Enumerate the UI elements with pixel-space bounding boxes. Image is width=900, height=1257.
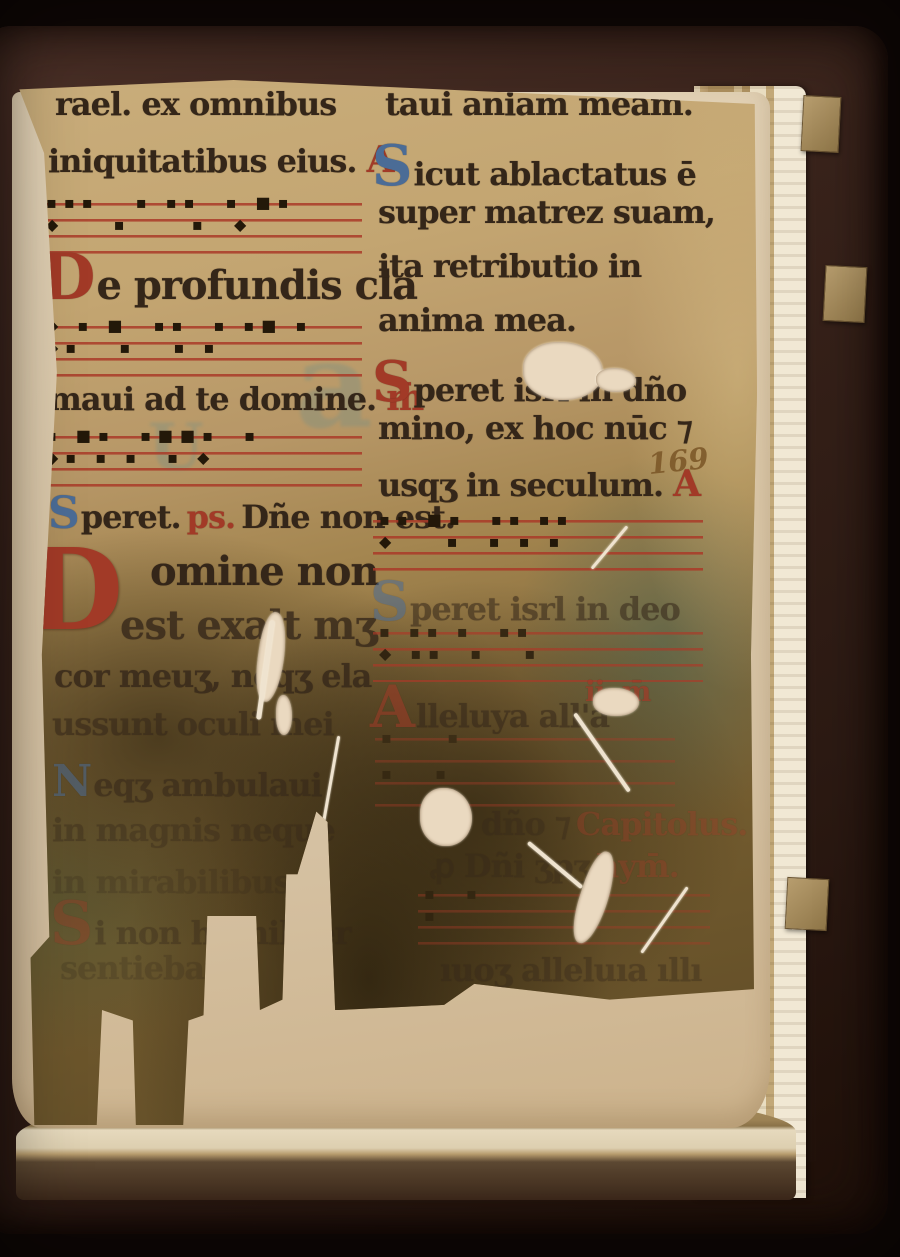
text-line: cor meuʒ, neqʒ ela: [54, 660, 371, 692]
text-line: super matrez suam,: [378, 196, 715, 228]
text-line: ita retributio in: [378, 250, 641, 282]
text-line: est exalt mʒ: [120, 606, 376, 646]
neume-row: ▪ ▪▪ ▪ ▪▪: [379, 622, 534, 641]
initial-letter: N: [52, 756, 91, 807]
neume-row: ◆▪ ▪ ▪ ▪: [46, 338, 221, 357]
line-text: icut ablactatus ē: [413, 155, 695, 193]
text-line: de dño ⁊Capitolus.: [430, 808, 753, 840]
neume-row: ▪ ▪: [424, 884, 484, 903]
parchment-leaf: a U rael. ex omnibus iniquitatibus eius.…: [8, 80, 760, 1125]
line-text: ꝓ Dñi ʒpʒ: [430, 847, 590, 885]
text-line: De profundis cla: [40, 246, 417, 310]
neume-row: ◆ ▪ ▪ ◆: [46, 215, 253, 234]
text-line: in magnis neque: [52, 814, 335, 846]
initial-letter: S: [372, 133, 411, 199]
line-text: est exalt mʒ: [120, 602, 376, 649]
music-staff-4: ▪▪ ■▪ ▪▪ ▪▪ ◆ ▪ ▪ ▪ ▪: [373, 512, 703, 572]
text-line: iniquitatibus eius.A: [48, 142, 394, 178]
parchment-hole: [420, 788, 472, 846]
parchment-hole: [523, 342, 603, 400]
text-line: ıuoʒ alleluıa ıllı: [440, 954, 702, 986]
text-line: Sicut ablactatus ē: [372, 138, 696, 194]
neume-row: ◆ ▪▪ ▪ ▪: [379, 644, 542, 663]
neume-row: ▪ ▪: [381, 764, 453, 783]
line-text: usqʒ in seculum.: [378, 466, 663, 504]
music-staff-2: ◆ ▪ ■ ▪▪ ▪ ▪■ ▪ ◆▪ ▪ ▪ ▪: [40, 318, 362, 378]
neume-row: ◆ ▪ ▪ ▪ ▪: [379, 532, 566, 551]
psalm-rubric: ps.: [187, 498, 236, 536]
neume-row: ▪ ■▪ ▪■■▪ ▪: [46, 426, 262, 445]
music-staff-6: ▪ ▪ ▪ ▪: [375, 730, 675, 810]
parchment-hole: [593, 688, 639, 716]
line-text: omine non: [150, 548, 379, 595]
music-staff-5: ▪ ▪▪ ▪ ▪▪ ◆ ▪▪ ▪ ▪: [373, 624, 703, 682]
line-text: e profundis cla: [97, 262, 418, 309]
folio-number: 169: [646, 441, 710, 481]
line-text: rael. ex omnibus: [55, 85, 336, 123]
neume-row: ◆ ▪ ■ ▪▪ ▪ ▪■ ▪: [46, 316, 313, 335]
text-line: Speret isrl in deo: [370, 574, 680, 628]
neume-row: ▪ ▪: [381, 728, 465, 747]
initial-letter: S: [372, 349, 411, 415]
line-text: in magnis neque: [52, 811, 335, 849]
music-staff-3: ▪ ■▪ ▪■■▪ ▪ ◆▪ ▪ ▪ ▪ ◆: [40, 428, 362, 488]
text-line: maui ad te domine.m̄: [48, 380, 423, 416]
index-tab: [801, 95, 842, 153]
line-text: super matrez suam,: [378, 193, 715, 231]
line-text: cor meuʒ, neqʒ ela: [54, 657, 371, 695]
manuscript-photo: a U rael. ex omnibus iniquitatibus eius.…: [0, 0, 900, 1257]
index-tab: [823, 265, 868, 323]
parchment-hole: [596, 368, 636, 392]
line-text: maui ad te domine.: [48, 380, 376, 418]
text-line: mino, ex hoc nūc ⁊: [378, 412, 692, 444]
neume-row: ◆▪ ▪ ▪ ▪ ◆: [46, 448, 216, 467]
neume-row: ▪▪▪ ▪ ▪▪ ▪ ■▪: [46, 193, 295, 212]
neume-row: ▪▪ ■▪ ▪▪ ▪▪: [379, 510, 574, 529]
text-line: Neqʒ ambulaui: [52, 760, 322, 804]
neume-row: ▪: [424, 906, 442, 925]
line-text: iniquitatibus eius.: [48, 142, 357, 180]
parchment-hole: [276, 695, 292, 735]
index-tab: [785, 877, 830, 931]
text-line: omine non: [150, 552, 379, 592]
line-text: ıuoʒ alleluıa ıllı: [440, 951, 702, 989]
chapter-rubric: Capitolus.: [576, 805, 747, 843]
line-text: ita retributio in: [378, 247, 641, 285]
line-text: anima mea.: [378, 301, 576, 339]
line-text: mino, ex hoc nūc ⁊: [378, 409, 692, 447]
text-line: anima mea.: [378, 304, 576, 336]
text-line: rael. ex omnibus: [55, 88, 336, 120]
line-text: eqʒ ambulaui: [93, 766, 322, 804]
